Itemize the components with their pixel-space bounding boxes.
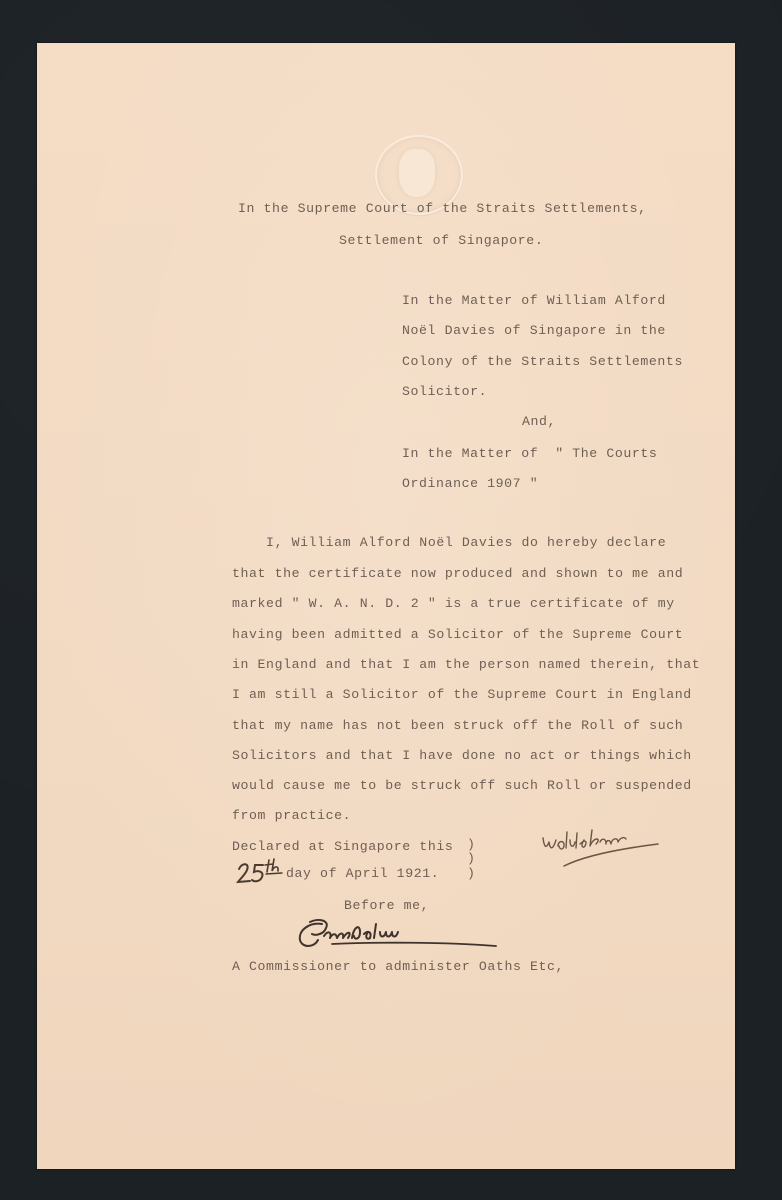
handwritten-day	[236, 858, 288, 886]
second-matter-line: Ordinance 1907 "	[402, 476, 538, 491]
declared-at: Declared at Singapore this	[232, 839, 453, 854]
declaration-line: that the certificate now produced and sh…	[232, 566, 683, 581]
court-heading-line2: Settlement of Singapore.	[339, 233, 543, 248]
matter-line: Noël Davies of Singapore in the	[402, 323, 666, 338]
declaration-line: that my name has not been struck off the…	[232, 718, 683, 733]
declaration-line: marked " W. A. N. D. 2 " is a true certi…	[232, 596, 675, 611]
commissioner-title: A Commissioner to administer Oaths Etc,	[232, 959, 564, 974]
before-me: Before me,	[344, 898, 429, 913]
declaration-line: I, William Alford Noël Davies do hereby …	[232, 535, 666, 550]
commissioner-signature	[296, 916, 500, 956]
matter-conjunction: And,	[522, 414, 556, 429]
declaration-line: Solicitors and that I have done no act o…	[232, 748, 692, 763]
bracket: )	[467, 851, 476, 866]
court-heading-line1: In the Supreme Court of the Straits Sett…	[238, 201, 647, 216]
declarant-signature	[540, 826, 665, 876]
declaration-line: in England and that I am the person name…	[232, 657, 700, 672]
date-rest: day of April 1921.	[286, 866, 439, 881]
matter-line: Colony of the Straits Settlements	[402, 354, 683, 369]
declaration-line: I am still a Solicitor of the Supreme Co…	[232, 687, 692, 702]
declaration-line: would cause me to be struck off such Rol…	[232, 778, 692, 793]
declaration-line: having been admitted a Solicitor of the …	[232, 627, 683, 642]
matter-line: In the Matter of William Alford	[402, 293, 666, 308]
bracket: )	[467, 837, 476, 852]
bracket: )	[467, 866, 476, 881]
matter-line: Solicitor.	[402, 384, 487, 399]
second-matter-line: In the Matter of " The Courts	[402, 446, 657, 461]
declaration-line: from practice.	[232, 808, 351, 823]
